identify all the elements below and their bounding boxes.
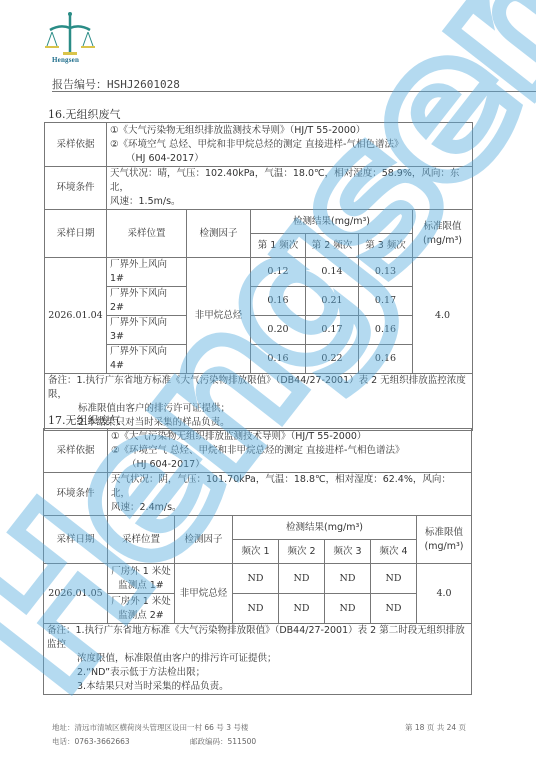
value: 0.21 [306,287,359,316]
header-freq-2: 第 2 频次 [306,234,359,258]
location: 厂房外 1 米处监测点 2# [108,594,175,624]
header-freq-3: 第 3 频次 [359,234,413,258]
limit-value: 4.0 [417,564,472,624]
value: ND [279,564,325,594]
value: 0.14 [306,258,359,287]
value: 0.16 [359,316,413,345]
header-factor: 检测因子 [175,516,233,564]
header-date: 采样日期 [45,210,107,258]
header-location: 采样位置 [107,210,187,258]
header-freq-2: 频次 2 [279,540,325,564]
env-label: 环境条件 [45,167,107,210]
header-freq-4: 频次 4 [371,540,417,564]
table-row: 厂界外下风向 2# 0.16 0.21 0.17 [45,287,473,316]
value: ND [233,594,279,624]
header-freq-3: 频次 3 [325,540,371,564]
value: 0.22 [306,345,359,374]
table-row: 厂界外下风向 3# 0.20 0.17 0.16 [45,316,473,345]
report-number: 报告编号：HSHJ2601028 [52,76,180,92]
section-16-title: 16.无组织废气 [48,106,121,122]
sampling-basis: ①《大气污染物无组织排放监测技术导则》（HJ/T 55-2000） ②《环境空气… [107,123,473,167]
section-17-table: 采样依据 ①《大气污染物无组织排放监测技术导则》（HJ/T 55-2000） ②… [43,428,472,695]
location: 厂界外上风向 1# [107,258,187,287]
table-row: 2026.01.04 厂界外上风向 1# 非甲烷总烃 0.12 0.14 0.1… [45,258,473,287]
header-freq-1: 频次 1 [233,540,279,564]
location: 厂界外下风向 2# [107,287,187,316]
header-date: 采样日期 [44,516,108,564]
factor: 非甲烷总烃 [187,258,251,374]
basis-label: 采样依据 [44,429,108,473]
header-location: 采样位置 [108,516,175,564]
notes: 备注：1.执行广东省地方标准《大气污染物排放限值》（DB44/27-2001）表… [44,624,472,695]
location: 厂房外 1 米处监测点 1# [108,564,175,594]
sampling-basis: ①《大气污染物无组织排放监测技术导则》（HJ/T 55-2000） ②《环境空气… [108,429,472,473]
value: 0.20 [251,316,306,345]
header-divider [52,91,536,92]
value: 0.12 [251,258,306,287]
value: ND [279,594,325,624]
env-conditions: 天气状况：晴，气压：102.40kPa，气温：18.0℃，相对湿度：58.9%，… [107,167,473,210]
sample-date: 2026.01.05 [44,564,108,624]
value: 0.16 [251,287,306,316]
value: ND [233,564,279,594]
section-17-title: 17.无组织废气 [48,412,121,428]
header-limit: 标准限值 (mg/m³) [417,516,472,564]
section-16-table: 采样依据 ①《大气污染物无组织排放监测技术导则》（HJ/T 55-2000） ②… [44,122,473,431]
factor: 非甲烷总烃 [175,564,233,624]
value: 0.16 [359,345,413,374]
env-conditions: 天气状况：阴，气压：101.70kPa，气温：18.8℃，相对湿度：62.4%，… [108,473,472,516]
header-limit: 标准限值 (mg/m³) [413,210,473,258]
value: ND [371,594,417,624]
header-factor: 检测因子 [187,210,251,258]
value: 0.13 [359,258,413,287]
value: 0.17 [359,287,413,316]
value: ND [325,594,371,624]
basis-label: 采样依据 [45,123,107,167]
env-label: 环境条件 [44,473,108,516]
table-row: 厂房外 1 米处监测点 2# ND ND ND ND [44,594,472,624]
header-freq-1: 第 1 频次 [251,234,306,258]
value: ND [371,564,417,594]
value: 0.17 [306,316,359,345]
header-results: 检测结果(mg/m³) [251,210,413,234]
sample-date: 2026.01.04 [45,258,107,374]
footer-postcode: 邮政编码：511500 [190,736,256,747]
footer-address: 地址：清远市清城区横荷岗头管理区设田一村 66 号 3 号楼 [52,722,248,733]
value: 0.16 [251,345,306,374]
location: 厂界外下风向 3# [107,316,187,345]
location: 厂界外下风向 4# [107,345,187,374]
logo-text: Hengsen [52,56,79,64]
footer-phone: 电话：0763-3662663 [52,736,130,747]
limit-value: 4.0 [413,258,473,374]
table-row: 厂界外下风向 4# 0.16 0.22 0.16 [45,345,473,374]
page-number: 第 18 页 共 24 页 [405,722,466,733]
value: ND [325,564,371,594]
table-row: 2026.01.05 厂房外 1 米处监测点 1# 非甲烷总烃 ND ND ND… [44,564,472,594]
header-results: 检测结果(mg/m³) [233,516,417,540]
